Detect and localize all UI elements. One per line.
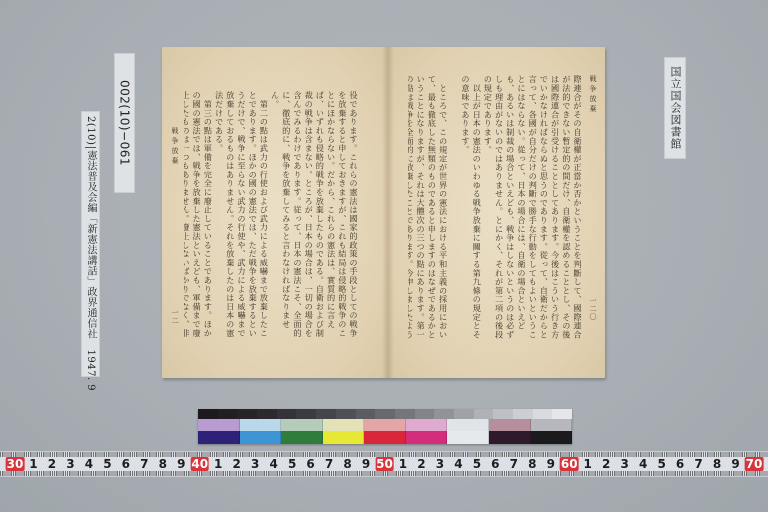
- ruler-major-label: 60: [560, 457, 579, 471]
- gray-scale-row: [198, 409, 572, 419]
- ruler-major-label: 40: [190, 457, 209, 471]
- gray-step-swatch: [237, 409, 257, 419]
- ruler-major-label: 70: [745, 457, 764, 471]
- gray-step-swatch: [474, 409, 494, 419]
- ruler-minor-label: 7: [510, 457, 518, 471]
- left-running-head: 戦争放棄: [170, 127, 180, 167]
- color-swatch: [323, 431, 365, 444]
- gray-step-swatch: [415, 409, 435, 419]
- color-swatch-row-saturated: [198, 431, 572, 444]
- gray-step-swatch: [552, 409, 572, 419]
- gray-step-swatch: [316, 409, 336, 419]
- color-calibration-chart: [198, 409, 572, 444]
- color-swatch: [406, 431, 448, 444]
- color-swatch: [281, 419, 323, 431]
- ruler-minor-label: 5: [288, 457, 296, 471]
- book-spread: 戦争放棄 役であります。これらの憲法は國家的政策の手段としての戦争を放棄すると申…: [162, 47, 605, 378]
- right-running-head: 戦争放棄: [588, 75, 598, 115]
- ruler-major-label: 30: [6, 457, 25, 471]
- ruler-minor-label: 2: [417, 457, 425, 471]
- color-swatch: [531, 419, 573, 431]
- catalog-title-text: 憲法普及会編「新憲法講話」政界通信社 1947. 9: [83, 150, 98, 391]
- gray-step-swatch: [356, 409, 376, 419]
- ruler-minor-label: 3: [251, 457, 259, 471]
- ruler-minor-label: 7: [694, 457, 702, 471]
- library-name: 国立国会図書館: [667, 66, 683, 150]
- library-label: 国立国会図書館: [664, 57, 686, 159]
- color-swatch: [531, 431, 573, 444]
- ruler-minor-label: 6: [306, 457, 314, 471]
- ruler-labels: 3012345678940123456789501234567896012345…: [0, 457, 768, 471]
- left-page: 戦争放棄 役であります。これらの憲法は國家的政策の手段としての戦争を放棄すると申…: [162, 47, 388, 378]
- color-swatch: [489, 431, 531, 444]
- color-swatch-row-light: [198, 419, 572, 431]
- ruler-ticks-bottom: [0, 471, 768, 476]
- gray-step-swatch: [296, 409, 316, 419]
- right-page: 戦争放棄 際連合がその自衛權が正當か否かということを判斷して、國際連合が法的でき…: [388, 47, 605, 378]
- gray-step-swatch: [336, 409, 356, 419]
- gray-step-swatch: [198, 409, 218, 419]
- ruler-minor-label: 9: [177, 457, 185, 471]
- ruler-minor-label: 9: [731, 457, 739, 471]
- item-id-label: 002(10)−061: [114, 53, 135, 193]
- ruler-minor-label: 7: [140, 457, 148, 471]
- color-swatch: [323, 419, 365, 431]
- gray-step-swatch: [493, 409, 513, 419]
- color-swatch: [198, 431, 240, 444]
- ruler-minor-label: 9: [362, 457, 370, 471]
- gray-step-swatch: [434, 409, 454, 419]
- ruler-minor-label: 8: [159, 457, 167, 471]
- ruler-minor-label: 1: [214, 457, 222, 471]
- ruler-minor-label: 8: [343, 457, 351, 471]
- ruler-minor-label: 6: [122, 457, 130, 471]
- color-swatch: [406, 419, 448, 431]
- ruler-minor-label: 5: [473, 457, 481, 471]
- color-swatch: [364, 431, 406, 444]
- left-page-text: 役であります。これらの憲法は國家的政策の手段としての戦争を放棄すると申しておきま…: [184, 91, 359, 346]
- color-swatch: [281, 431, 323, 444]
- catalog-title-label: 2(10) 憲法普及会編「新憲法講話」政界通信社 1947. 9: [81, 111, 100, 377]
- ruler-minor-label: 8: [713, 457, 721, 471]
- ruler-minor-label: 4: [639, 457, 647, 471]
- right-page-text: 際連合がその自衛權が正當か否かということを判斷して、國際連合が法的できない暫定的…: [408, 75, 583, 345]
- ruler-minor-label: 7: [325, 457, 333, 471]
- ruler-minor-label: 6: [676, 457, 684, 471]
- ruler-minor-label: 1: [584, 457, 592, 471]
- color-swatch: [198, 419, 240, 431]
- ruler-minor-label: 3: [620, 457, 628, 471]
- ruler-minor-label: 3: [436, 457, 444, 471]
- color-swatch: [447, 431, 489, 444]
- left-page-number: 一二: [170, 309, 180, 325]
- ruler-minor-label: 2: [602, 457, 610, 471]
- gray-step-swatch: [257, 409, 277, 419]
- gray-step-swatch: [277, 409, 297, 419]
- ruler-minor-label: 5: [657, 457, 665, 471]
- ruler-minor-label: 9: [547, 457, 555, 471]
- gray-step-swatch: [454, 409, 474, 419]
- ruler-minor-label: 2: [48, 457, 56, 471]
- color-swatch: [489, 419, 531, 431]
- color-swatch: [364, 419, 406, 431]
- gray-step-swatch: [218, 409, 238, 419]
- gray-step-swatch: [375, 409, 395, 419]
- color-swatch: [447, 419, 489, 431]
- color-swatch: [240, 431, 282, 444]
- ruler-minor-label: 4: [269, 457, 277, 471]
- ruler-minor-label: 3: [66, 457, 74, 471]
- item-id-text: 002(10)−061: [118, 80, 132, 166]
- gray-step-swatch: [513, 409, 533, 419]
- ruler-minor-label: 2: [233, 457, 241, 471]
- ruler-minor-label: 8: [528, 457, 536, 471]
- book-gutter: [382, 47, 394, 378]
- color-swatch: [240, 419, 282, 431]
- gray-step-swatch: [533, 409, 553, 419]
- measuring-ruler: 3012345678940123456789501234567896012345…: [0, 451, 768, 477]
- ruler-minor-label: 4: [85, 457, 93, 471]
- ruler-minor-label: 5: [103, 457, 111, 471]
- ruler-minor-label: 6: [491, 457, 499, 471]
- ruler-minor-label: 1: [399, 457, 407, 471]
- volume-number: 2(10): [85, 116, 96, 148]
- ruler-minor-label: 4: [454, 457, 462, 471]
- ruler-major-label: 50: [375, 457, 394, 471]
- ruler-minor-label: 1: [29, 457, 37, 471]
- right-page-number: 一二〇: [588, 297, 598, 321]
- gray-step-swatch: [395, 409, 415, 419]
